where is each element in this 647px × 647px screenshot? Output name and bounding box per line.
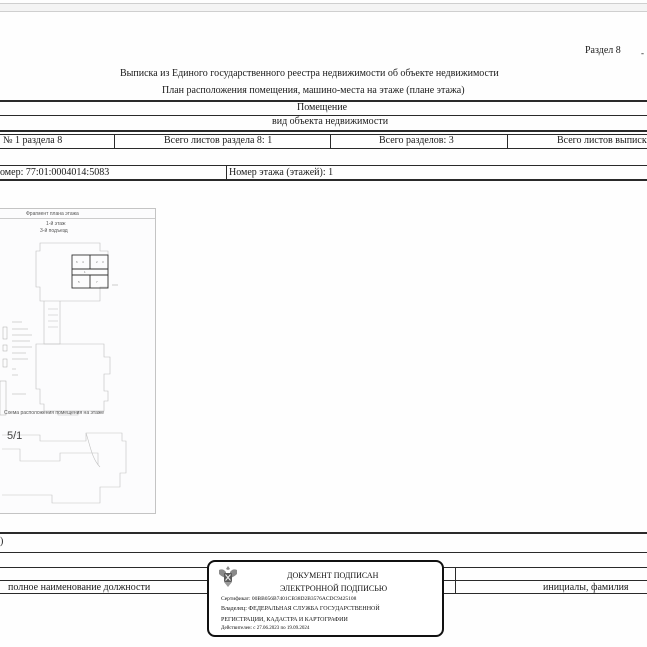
svg-text:4: 4 (82, 260, 84, 264)
electronic-signature-stamp: ДОКУМЕНТ ПОДПИСАН ЭЛЕКТРОННОЙ ПОДПИСЬЮ С… (207, 560, 444, 637)
position-caption: полное наименование должности (8, 582, 150, 593)
object-type-value: Помещение (297, 102, 347, 113)
document-title: Выписка из Единого государственного реес… (120, 68, 499, 79)
corner-mark: - (641, 48, 644, 58)
scanner-top-band (0, 3, 647, 12)
cell-divider (330, 134, 331, 148)
stamp-owner-line2: РЕГИСТРАЦИИ, КАДАСТРА И КАРТОГРАФИИ (221, 617, 348, 623)
table-divider (0, 165, 647, 166)
stamp-certificate: Сертификат: 00BB056B7401CB38D2B3576ACDC9… (221, 596, 356, 602)
document-page: Раздел 8 - Выписка из Единого государств… (0, 0, 647, 647)
cell-divider (114, 134, 115, 148)
total-sheets-extract: Всего листов выписки (557, 135, 647, 146)
sheet-number: № 1 раздела 8 (3, 135, 62, 146)
svg-text:5: 5 (78, 280, 80, 284)
name-caption: инициалы, фамилия (543, 582, 629, 593)
section-label: Раздел 8 (585, 45, 621, 56)
table-divider (0, 130, 647, 132)
scale-fragment: ) (0, 536, 3, 547)
stamp-validity: Действителен: с 27.06.2023 по 19.09.2024 (221, 626, 309, 631)
stamp-owner-line1: Владелец: ФЕДЕРАЛЬНАЯ СЛУЖБА ГОСУДАРСТВЕ… (221, 606, 380, 612)
table-divider (0, 148, 647, 149)
floor-plan-drawing: 64 23 1 57 (0, 209, 155, 513)
cell-divider (455, 567, 456, 593)
svg-text:2: 2 (96, 260, 98, 264)
scheme-title: Схема расположения помещения на этаже (4, 410, 104, 416)
svg-text:7: 7 (96, 280, 98, 284)
floor-plan-frame: Фрагмент плана этажа 1-й этаж 3-й подъез… (0, 208, 156, 514)
double-headed-eagle-icon (217, 564, 239, 588)
table-divider (0, 532, 647, 534)
object-type-caption: вид объекта недвижимости (272, 116, 388, 127)
svg-text:3: 3 (102, 260, 104, 264)
cadastral-number: омер: 77:01:0004014:5083 (0, 167, 109, 178)
total-sheets-section: Всего листов раздела 8: 1 (164, 135, 272, 146)
unit-label: 5/1 (7, 430, 22, 442)
svg-text:1: 1 (84, 270, 86, 274)
table-divider (0, 552, 647, 553)
total-sections: Всего разделов: 3 (379, 135, 454, 146)
stamp-signed-line2: ЭЛЕКТРОННОЙ ПОДПИСЬЮ (280, 584, 387, 593)
cell-divider (507, 134, 508, 148)
document-subtitle: План расположения помещения, машино-мест… (162, 85, 465, 96)
cell-divider (226, 165, 227, 179)
table-divider (0, 179, 647, 181)
floor-number: Номер этажа (этажей): 1 (229, 167, 333, 178)
table-divider (0, 134, 647, 135)
svg-text:6: 6 (76, 260, 78, 264)
stamp-signed-line1: ДОКУМЕНТ ПОДПИСАН (287, 571, 378, 580)
